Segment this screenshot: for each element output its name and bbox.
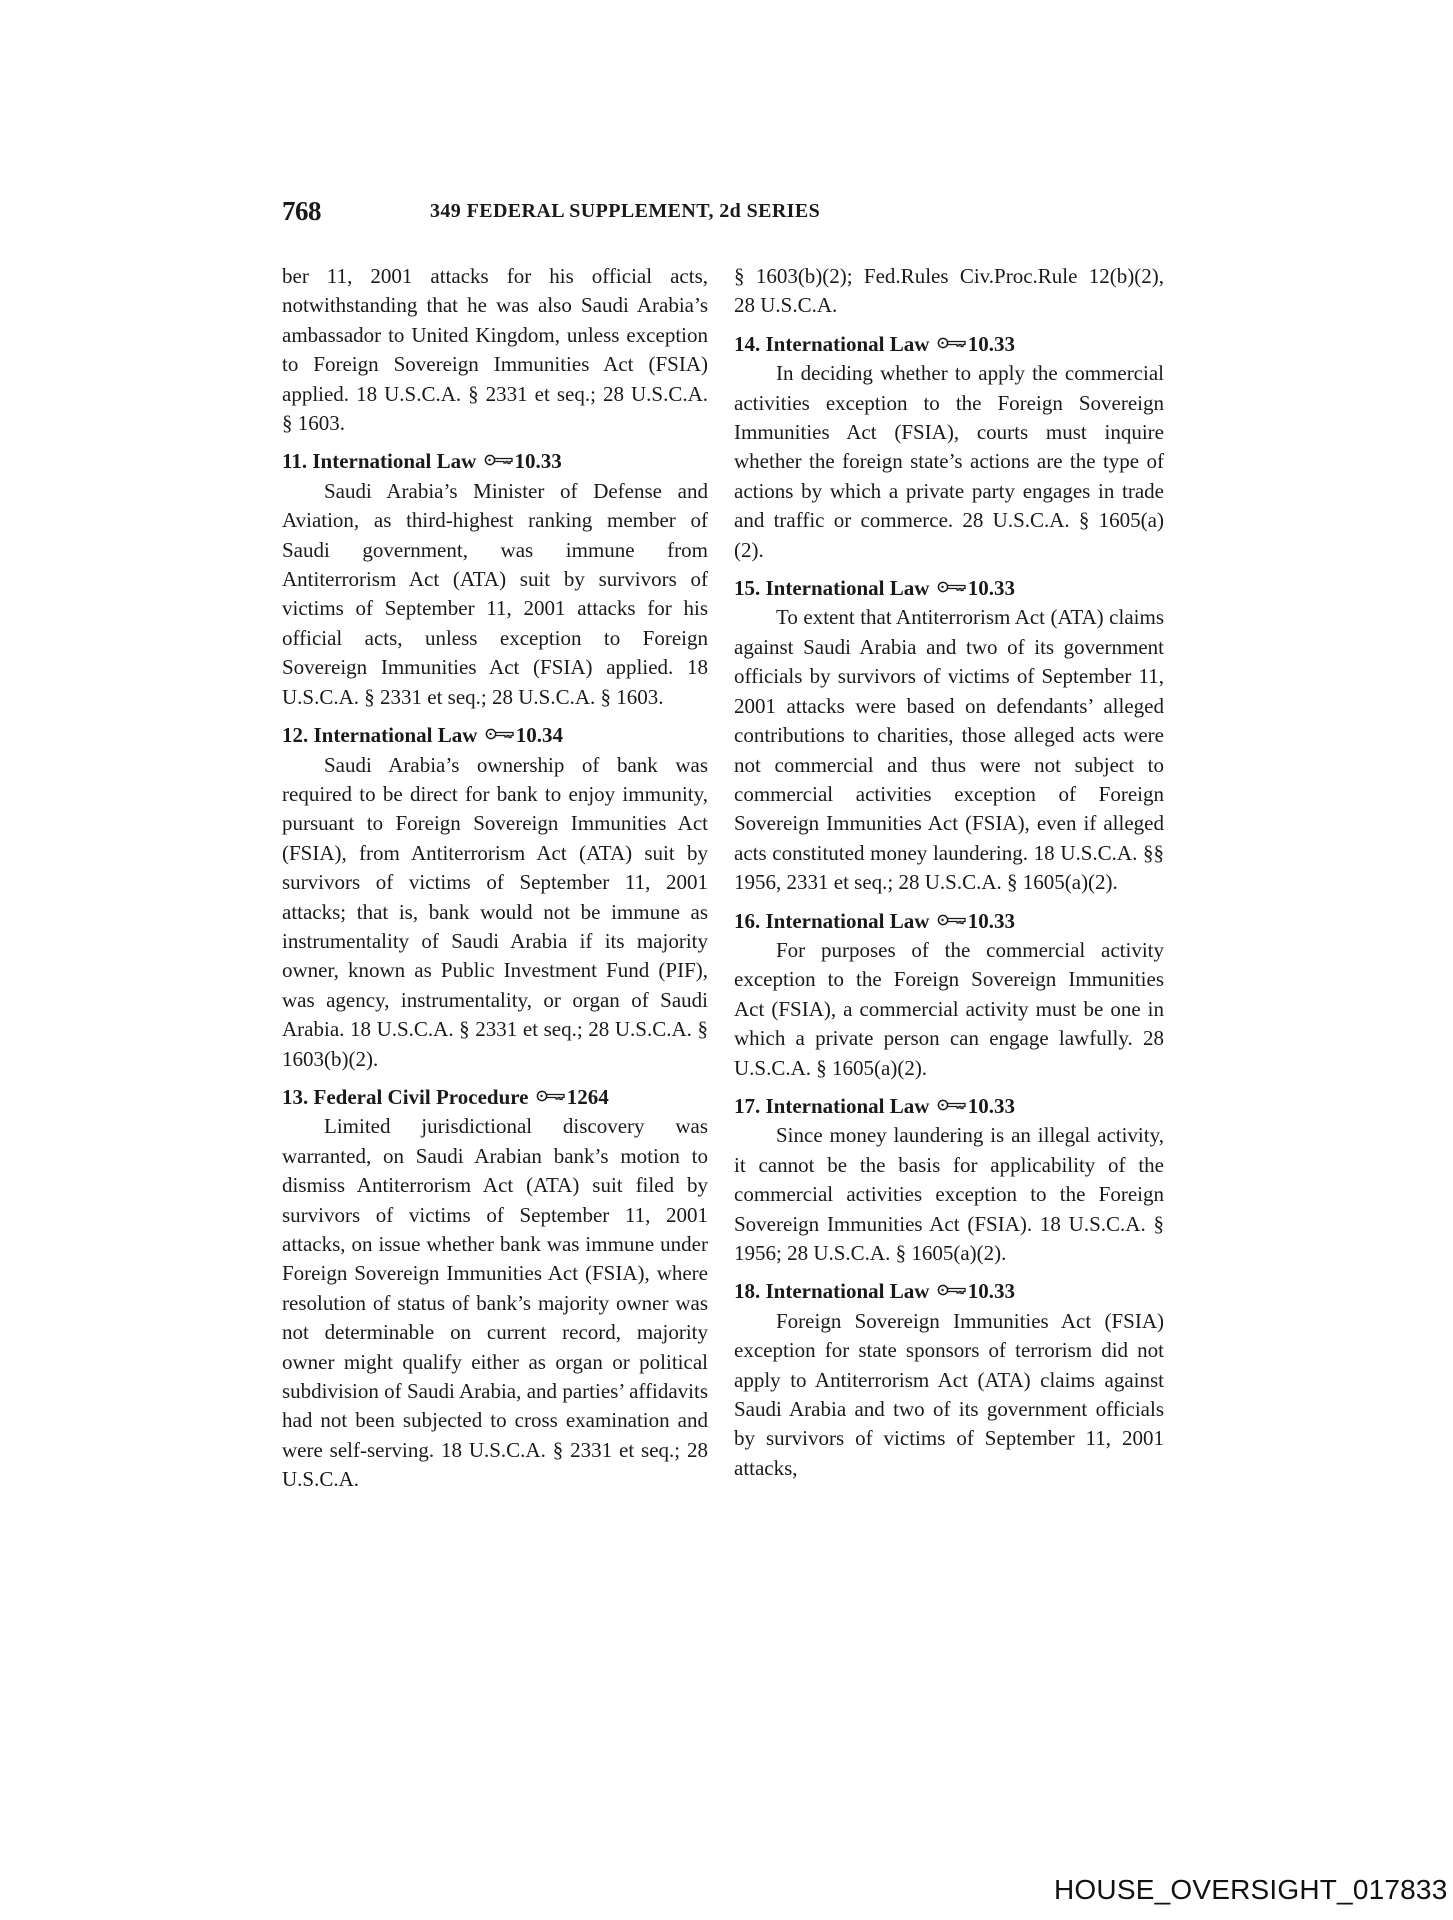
headnote-topic: International Law [766,576,930,600]
headnote-heading: 13. Federal Civil Procedure 1264 [282,1083,708,1112]
headnote-heading: 12. International Law 10.34 [282,721,708,750]
headnote-text: For purposes of the commercial activity … [734,936,1164,1083]
headnote-heading: 16. International Law 10.33 [734,907,1164,936]
headnote-heading: 14. International Law 10.33 [734,330,1164,359]
key-number-icon [536,1089,566,1103]
key-number: 10.34 [516,723,563,747]
headnote-text: Limited jurisdictional discovery was war… [282,1112,708,1494]
key-number-icon [937,580,967,594]
headnote-14: 14. International Law 10.33 In deciding … [734,330,1164,565]
key-number-icon [937,913,967,927]
left-column: ber 11, 2001 attacks for his official ac… [282,262,708,1495]
key-number: 10.33 [515,449,562,473]
page-header: 768 349 FEDERAL SUPPLEMENT, 2d SERIES [282,196,1164,232]
headnote-12: 12. International Law 10.34 Saudi Arabia… [282,721,708,1074]
headnote-text: Since money laundering is an illegal act… [734,1121,1164,1268]
continued-headnote-text: § 1603(b)(2); Fed.Rules Civ.Proc.Rule 12… [734,262,1164,321]
key-number: 10.33 [968,1279,1015,1303]
headnote-number: 14. [734,332,760,356]
headnote-number: 18. [734,1279,760,1303]
headnote-topic: International Law [766,332,930,356]
headnote-topic: International Law [766,1094,930,1118]
continued-headnote-text: ber 11, 2001 attacks for his official ac… [282,262,708,438]
key-number: 10.33 [968,1094,1015,1118]
key-number: 10.33 [968,332,1015,356]
headnote-heading: 18. International Law 10.33 [734,1277,1164,1306]
key-number-icon [937,1283,967,1297]
headnote-topic: Federal Civil Procedure [314,1085,529,1109]
page-number: 768 [282,196,321,227]
headnote-text: To extent that Antiterrorism Act (ATA) c… [734,603,1164,897]
key-number-icon [484,453,514,467]
headnote-15: 15. International Law 10.33 To extent th… [734,574,1164,897]
headnote-16: 16. International Law 10.33 For purposes… [734,907,1164,1083]
key-number: 10.33 [968,576,1015,600]
headnote-heading: 11. International Law 10.33 [282,447,708,476]
headnote-heading: 15. International Law 10.33 [734,574,1164,603]
key-number-icon [485,727,515,741]
key-number-icon [937,1098,967,1112]
headnote-text: In deciding whether to apply the commerc… [734,359,1164,565]
headnote-text: Saudi Arabia’s Minister of Defense and A… [282,477,708,712]
headnote-number: 11. [282,449,307,473]
headnote-number: 15. [734,576,760,600]
headnote-text: Saudi Arabia’s ownership of bank was req… [282,751,708,1074]
headnote-number: 12. [282,723,308,747]
headnote-11: 11. International Law 10.33 Saudi Arabia… [282,447,708,712]
headnote-topic: International Law [766,909,930,933]
running-head: 349 FEDERAL SUPPLEMENT, 2d SERIES [430,200,820,223]
headnote-topic: International Law [766,1279,930,1303]
key-number-icon [937,336,967,350]
bates-number: HOUSE_OVERSIGHT_017833 [1054,1874,1447,1906]
headnote-17: 17. International Law 10.33 Since money … [734,1092,1164,1268]
key-number: 10.33 [968,909,1015,933]
headnote-18: 18. International Law 10.33 Foreign Sove… [734,1277,1164,1483]
key-number: 1264 [567,1085,609,1109]
headnote-number: 13. [282,1085,308,1109]
right-column: § 1603(b)(2); Fed.Rules Civ.Proc.Rule 12… [734,262,1164,1483]
headnote-number: 17. [734,1094,760,1118]
headnote-number: 16. [734,909,760,933]
headnote-heading: 17. International Law 10.33 [734,1092,1164,1121]
headnote-text: Foreign Sovereign Immunities Act (FSIA) … [734,1307,1164,1483]
headnote-topic: International Law [314,723,478,747]
headnote-topic: International Law [312,449,476,473]
headnote-13: 13. Federal Civil Procedure 1264 Limited… [282,1083,708,1495]
